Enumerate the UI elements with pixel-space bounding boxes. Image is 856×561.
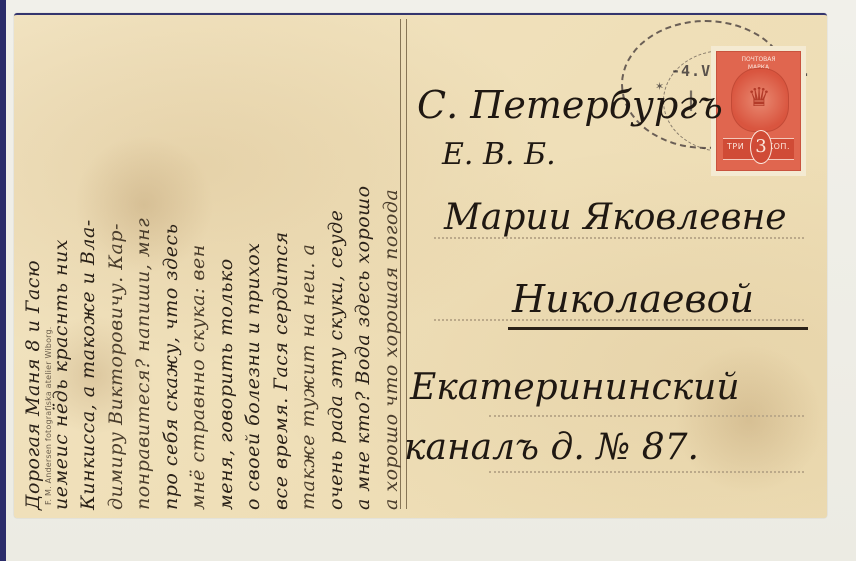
message-line: Кинкисса, а такоже и Вла- bbox=[75, 29, 103, 510]
message-line: про себя скажу, что здесь bbox=[158, 29, 186, 510]
message-text: Дорогая Маня 8 и Гасю иемеис нёдь краснт… bbox=[14, 23, 398, 518]
address-dotted-line bbox=[489, 471, 804, 473]
message-line: а мне кто? Вода здесь хорошо bbox=[350, 29, 378, 510]
photographer-imprint: F. M. Andersen fotografiska atelier Wibo… bbox=[44, 175, 56, 505]
address-street: Екатерининский bbox=[410, 367, 740, 408]
stamp-left-label: ТРИ bbox=[727, 142, 744, 151]
message-line: о своей болезни и прихох bbox=[240, 29, 268, 510]
message-area: Дорогая Маня 8 и Гасю иемеис нёдь краснт… bbox=[14, 15, 398, 518]
message-line: также тужит на неи. а bbox=[295, 29, 323, 510]
address-dotted-line bbox=[489, 415, 804, 417]
address-street-line2: каналъ д. № 87. bbox=[404, 427, 699, 468]
message-line: меня, говорить только bbox=[213, 29, 241, 510]
message-line: все время. Гася сердится bbox=[268, 29, 296, 510]
postage-stamp: ПОЧТОВАЯ МАРКА ♛ ТРИ КОП. 3 bbox=[711, 46, 806, 176]
address-dotted-line bbox=[434, 237, 804, 239]
stamp-top-label: ПОЧТОВАЯ МАРКА bbox=[735, 56, 782, 64]
message-line: димиру Викторовичу. Кар- bbox=[103, 29, 131, 510]
message-line: понравитеся? напиши, мнг bbox=[130, 29, 158, 510]
address-city: С. Петербургъ bbox=[417, 83, 723, 127]
postcard-back: Дорогая Маня 8 и Гасю иемеис нёдь краснт… bbox=[14, 13, 827, 518]
recipient-underline bbox=[508, 327, 808, 330]
address-honorific: Е. В. Б. bbox=[442, 137, 556, 172]
stamp-face: ПОЧТОВАЯ МАРКА ♛ ТРИ КОП. 3 bbox=[716, 51, 801, 171]
eagle-icon: ♛ bbox=[745, 82, 773, 114]
address-dotted-line bbox=[434, 319, 804, 321]
address-recipient-line2: Николаевой bbox=[512, 277, 754, 321]
stamp-value: 3 bbox=[750, 130, 772, 164]
message-line: очень рада эту скуки, сеуде bbox=[323, 29, 351, 510]
address-recipient-line1: Марии Яковлевне bbox=[444, 197, 787, 238]
message-line: мнё стравнно скука: вен bbox=[185, 29, 213, 510]
